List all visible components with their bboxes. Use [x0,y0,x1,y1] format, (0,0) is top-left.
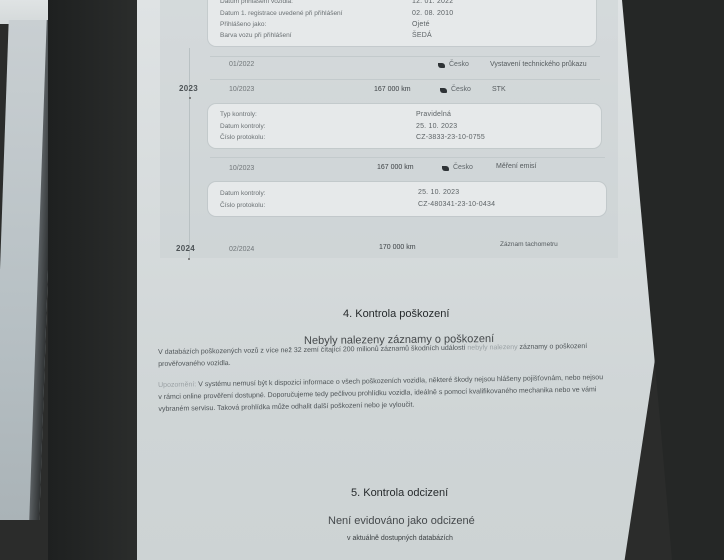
stk-detail-card [208,104,601,148]
registration-label: Datum přihlášení vozidla: [220,0,293,5]
timeline-date: 10/2023 [229,165,254,172]
stk-label: Datum kontroly: [220,123,266,130]
registration-value: ŠEDÁ [412,32,432,39]
theft-section-note: v aktuálně dostupných databázích [347,535,453,542]
timeline-mileage: 167 000 km [374,86,411,93]
warning-label: Upozornění: [158,381,196,389]
registration-value: Ojeté [412,21,430,28]
stk-value: CZ-3833-23-10-0755 [416,134,485,141]
czech-flag-icon [442,166,449,171]
emission-value: CZ-480341-23-10-0434 [418,201,495,208]
stk-value: Pravidelná [416,111,451,118]
row-divider [210,56,600,57]
timeline-country: Česko [453,164,473,171]
registration-value: 12. 01. 2022 [412,0,453,5]
timeline-country: Česko [449,61,469,68]
stk-label: Číslo protokolu: [220,134,265,141]
theft-section-subtitle: Není evidováno jako odcizené [328,515,475,527]
timeline-date: 02/2024 [229,246,254,253]
timeline-year: 2024 [176,244,195,253]
emission-label: Číslo protokolu: [220,202,265,209]
emission-label: Datum kontroly: [220,190,266,197]
timeline-mileage: 167 000 km [377,164,414,171]
timeline-mileage: 170 000 km [379,244,416,251]
timeline-year: 2023 [179,84,198,93]
row-divider [210,157,605,158]
timeline-date: 01/2022 [229,61,254,68]
damage-section-title: 4. Kontrola poškození [343,308,449,320]
row-divider [210,79,600,80]
timeline-dot [189,97,191,99]
background-dark-surface [48,0,138,560]
damage-description-text: záznamy o poškození [518,343,588,351]
registration-value: 02. 08. 2010 [412,10,453,17]
emission-value: 25. 10. 2023 [418,189,459,196]
timeline-country: Česko [451,86,471,93]
timeline-event: Vystavení technického průkazu [490,61,587,68]
timeline-event: Záznam tachometru [500,241,558,248]
damage-highlight: nebyly nalezeny [467,344,517,352]
stk-value: 25. 10. 2023 [416,123,457,130]
timeline-event: STK [492,86,506,93]
czech-flag-icon [440,88,447,93]
emission-detail-card [208,182,606,216]
damage-description-text: V databázích poškozených vozů z více než… [158,345,467,356]
timeline-event: Měření emisí [496,163,536,170]
timeline-date: 10/2023 [229,86,254,93]
registration-label: Datum 1. registrace uvedené při přihláše… [220,10,342,17]
registration-label: Barva vozu při přihlášení [220,32,292,39]
registration-label: Přihlášeno jako: [220,21,266,28]
timeline-dot [188,258,190,260]
stk-label: Typ kontroly: [220,111,257,118]
theft-section-title: 5. Kontrola odcizení [351,487,448,499]
warning-text: vybraném servisu. Taková prohlídka může … [158,402,414,413]
warning-text: v rámci online prověření dostupné. Dopor… [158,386,596,401]
damage-description-text: prověřovaného vozidla. [158,360,230,368]
czech-flag-icon [438,63,445,68]
timeline-axis [189,48,190,258]
